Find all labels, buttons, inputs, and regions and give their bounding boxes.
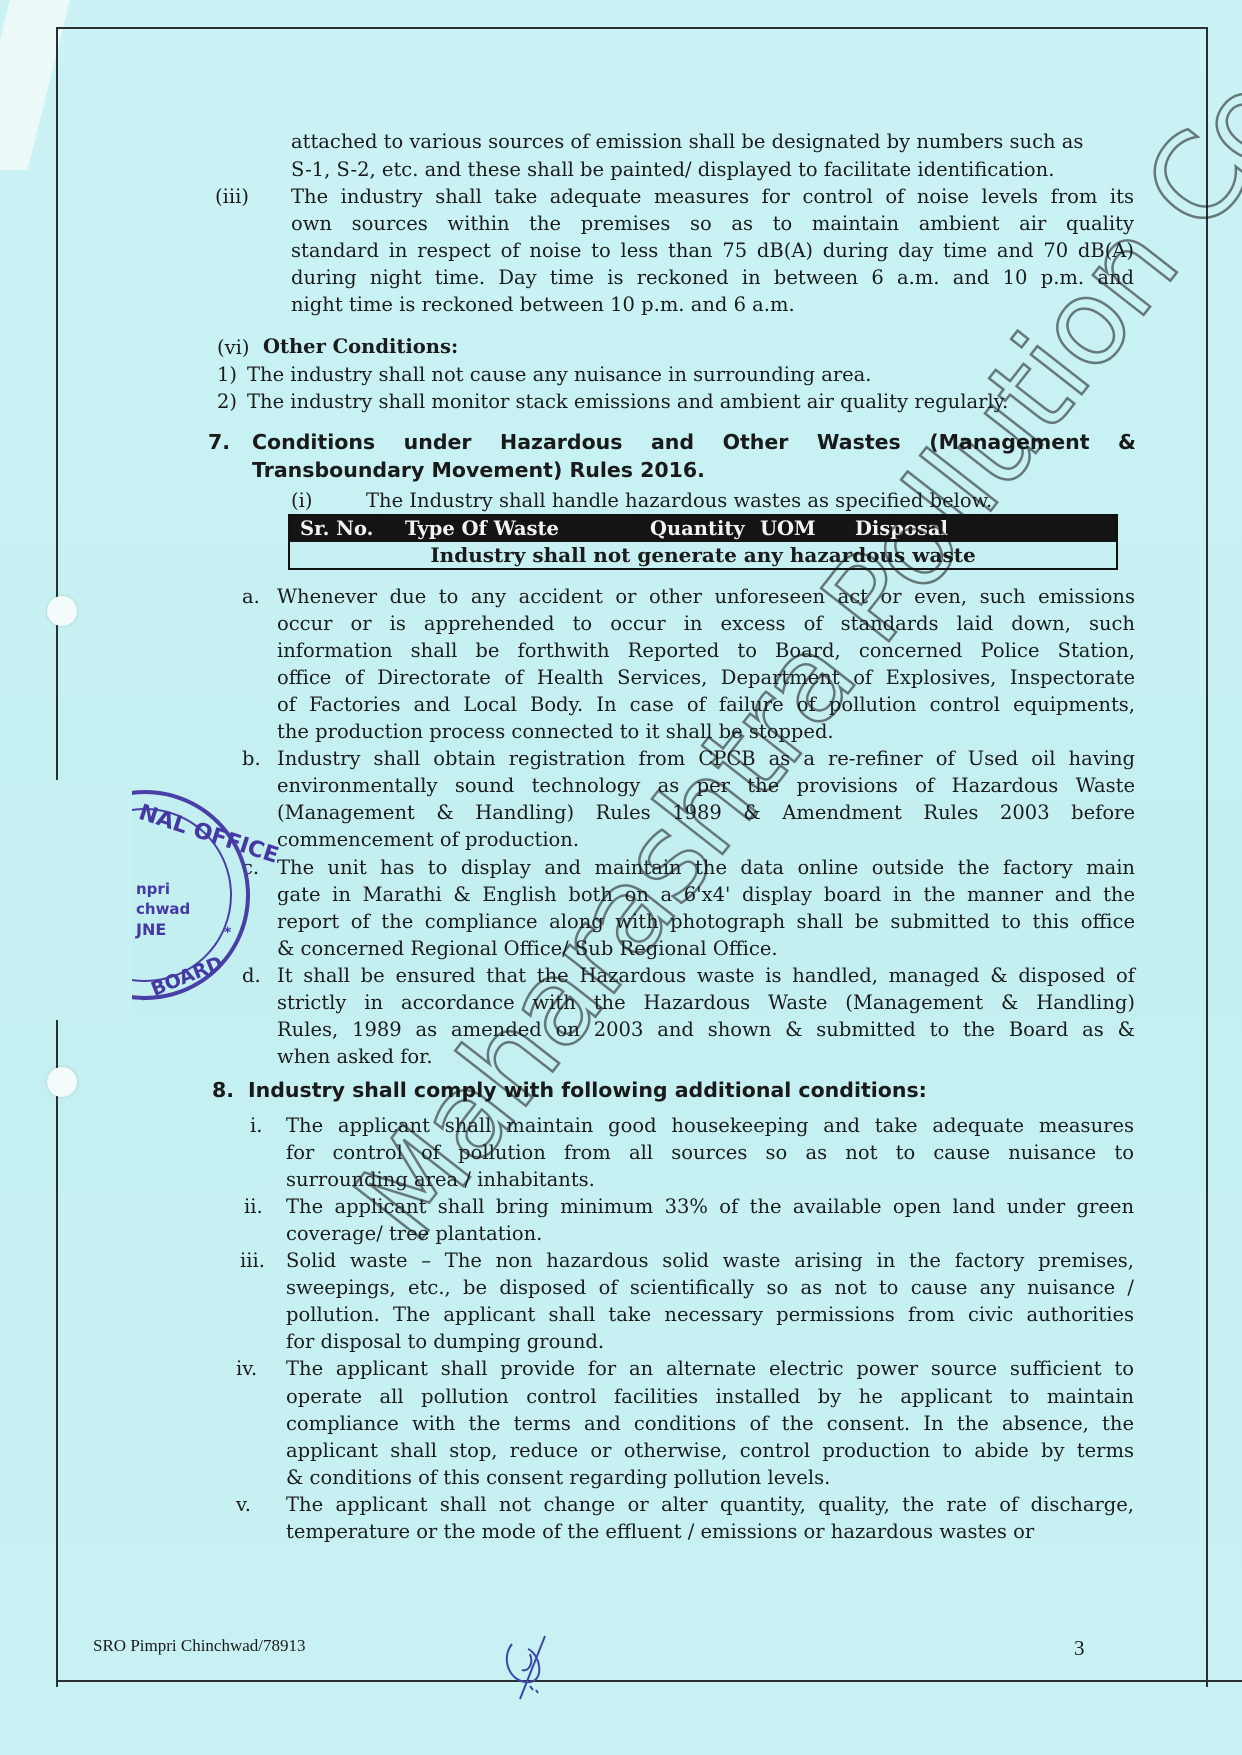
- text-line: The applicant shall not change or alter …: [286, 1491, 1134, 1518]
- title-word: and: [651, 428, 694, 456]
- text-line: own sources within the premises so as to…: [291, 210, 1134, 237]
- punch-hole-bottom: [47, 1067, 77, 1097]
- text-line: Solid waste – The non hazardous solid wa…: [286, 1247, 1134, 1274]
- list-item-text: The industry shall monitor stack emissio…: [247, 388, 1008, 416]
- list-marker: (i): [291, 487, 312, 514]
- text-line: strictly in accordance with the Hazardou…: [277, 989, 1135, 1016]
- list-marker: b.: [242, 745, 261, 772]
- title-word: Conditions: [252, 428, 375, 456]
- list-marker: 1): [217, 361, 237, 388]
- text-line: compliance with the terms and conditions…: [286, 1410, 1134, 1437]
- title-word: Wastes: [817, 428, 901, 456]
- list-marker: iii.: [240, 1247, 265, 1274]
- stamp-star: *: [224, 925, 231, 941]
- column-header-sr-no: Sr. No.: [300, 516, 373, 542]
- list-marker: i.: [250, 1112, 262, 1139]
- stamp-crop-mask: [0, 780, 132, 1020]
- list-marker: a.: [242, 583, 260, 610]
- text-line: during night time. Day time is reckoned …: [291, 264, 1134, 291]
- section-title-line-2: Transboundary Movement) Rules 2016.: [252, 456, 705, 484]
- text-line: Rules, 1989 as amended on 2003 and shown…: [277, 1016, 1135, 1043]
- text-line: pollution. The applicant shall take nece…: [286, 1301, 1134, 1328]
- subsection-title: Other Conditions:: [263, 333, 458, 361]
- text-line: S-1, S-2, etc. and these shall be painte…: [291, 156, 1054, 184]
- stamp-line: npri: [136, 880, 170, 898]
- text-line: occur or is apprehended to occur in exce…: [277, 610, 1135, 637]
- text-line: The applicant shall provide for an alter…: [286, 1355, 1134, 1382]
- text-line: office of Directorate of Health Services…: [277, 664, 1135, 691]
- list-marker: 2): [217, 388, 237, 415]
- signature-initials: [500, 1624, 610, 1704]
- list-marker: (iii): [215, 183, 249, 210]
- list-marker: (vi): [217, 334, 249, 361]
- text-line: applicant shall stop, reduce or otherwis…: [286, 1437, 1134, 1464]
- section-title: Industry shall comply with following add…: [248, 1076, 927, 1104]
- text-line: sweepings, etc., be disposed of scientif…: [286, 1274, 1134, 1301]
- title-word: under: [404, 428, 472, 456]
- text-line: information shall be forthwith Reported …: [277, 637, 1135, 664]
- column-header-type-of-waste: Type Of Waste: [405, 516, 559, 542]
- footer-reference: SRO Pimpri Chinchwad/78913: [93, 1636, 306, 1656]
- text-line: standard in respect of noise to less tha…: [291, 237, 1134, 264]
- column-header-uom: UOM: [760, 516, 816, 542]
- list-marker: v.: [236, 1491, 251, 1518]
- section-number: 7.: [208, 428, 230, 456]
- list-item-text: The industry shall not cause any nuisanc…: [247, 361, 872, 389]
- text-line: for disposal to dumping ground.: [286, 1328, 1134, 1355]
- punch-hole-top: [47, 596, 77, 626]
- text-line: when asked for.: [277, 1043, 1135, 1070]
- list-marker: d.: [242, 962, 261, 989]
- list-marker: ii.: [244, 1193, 263, 1220]
- text-line: & concerned Regional Office/ Sub Regiona…: [277, 935, 1135, 962]
- column-header-quantity: Quantity: [650, 516, 745, 542]
- footer-rule: [56, 1680, 1242, 1682]
- text-line: temperature or the mode of the effluent …: [286, 1518, 1134, 1545]
- page-number: 3: [1074, 1636, 1085, 1661]
- text-line: Whenever due to any accident or other un…: [277, 583, 1135, 610]
- list-marker: iv.: [236, 1355, 257, 1382]
- text-line: attached to various sources of emission …: [291, 128, 1083, 156]
- section-number: 8.: [212, 1076, 234, 1104]
- title-word: Other: [723, 428, 789, 456]
- title-word: Hazardous: [500, 428, 622, 456]
- text-line: & conditions of this consent regarding p…: [286, 1464, 1134, 1491]
- text-line: operate all pollution control facilities…: [286, 1383, 1134, 1410]
- text-line: The industry shall take adequate measure…: [291, 183, 1134, 210]
- title-word: &: [1118, 428, 1136, 456]
- stamp-line: chwad: [136, 900, 190, 918]
- stamp-line: JNE: [136, 920, 166, 939]
- text-line: It shall be ensured that the Hazardous w…: [277, 962, 1135, 989]
